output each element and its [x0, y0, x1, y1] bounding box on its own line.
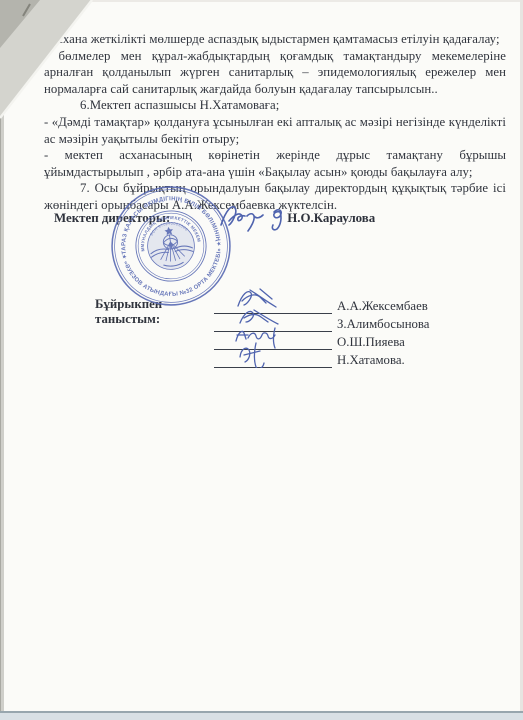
official-round-stamp: ТАРАЗ ҚАЛАСЫ ӘКІМДІГІНІҢ БІЛІМ БӨЛІМІНІҢ… — [100, 175, 242, 317]
signature-rows: А.А.Жексембаев З.Алимбосынова О.Ш.Пияева — [214, 296, 430, 368]
director-signature — [218, 200, 296, 234]
paragraph-sanitary-rules: - бөлмелер мен құрал-жабдықтардың қоғамд… — [44, 48, 506, 98]
scan-bottom-edge — [0, 711, 523, 720]
signature-row-4: Н.Хатамова. — [214, 350, 430, 368]
paragraph-canteen-dishes: - асхана жеткілікті мөлшерде аспаздық ыд… — [44, 31, 506, 48]
document-text: - асхана жеткілікті мөлшерде аспаздық ыд… — [44, 31, 506, 214]
signer-name-2: З.Алимбосынова — [337, 317, 430, 332]
signature-line-4 — [214, 351, 332, 368]
paragraph-menu: - «Дәмді тамақтар» қолдануға ұсынылған е… — [44, 114, 506, 147]
signer-name-1: А.А.Жексембаев — [337, 299, 428, 314]
signer-name-4: Н.Хатамова. — [337, 353, 405, 368]
page-fold-corner — [0, 0, 100, 125]
paragraph-item-6: 6.Мектеп аспазшысы Н.Хатамоваға; — [44, 97, 506, 114]
signature-scribble-4 — [232, 340, 294, 368]
signer-name-3: О.Ш.Пияева — [337, 335, 405, 350]
director-name: Н.О.Караулова — [287, 211, 375, 226]
scanned-document-page: - асхана жеткілікті мөлшерде аспаздық ыд… — [0, 0, 523, 720]
paragraph-nutrition-corner: - мектеп асханасының көрінетін жерінде д… — [44, 147, 506, 180]
